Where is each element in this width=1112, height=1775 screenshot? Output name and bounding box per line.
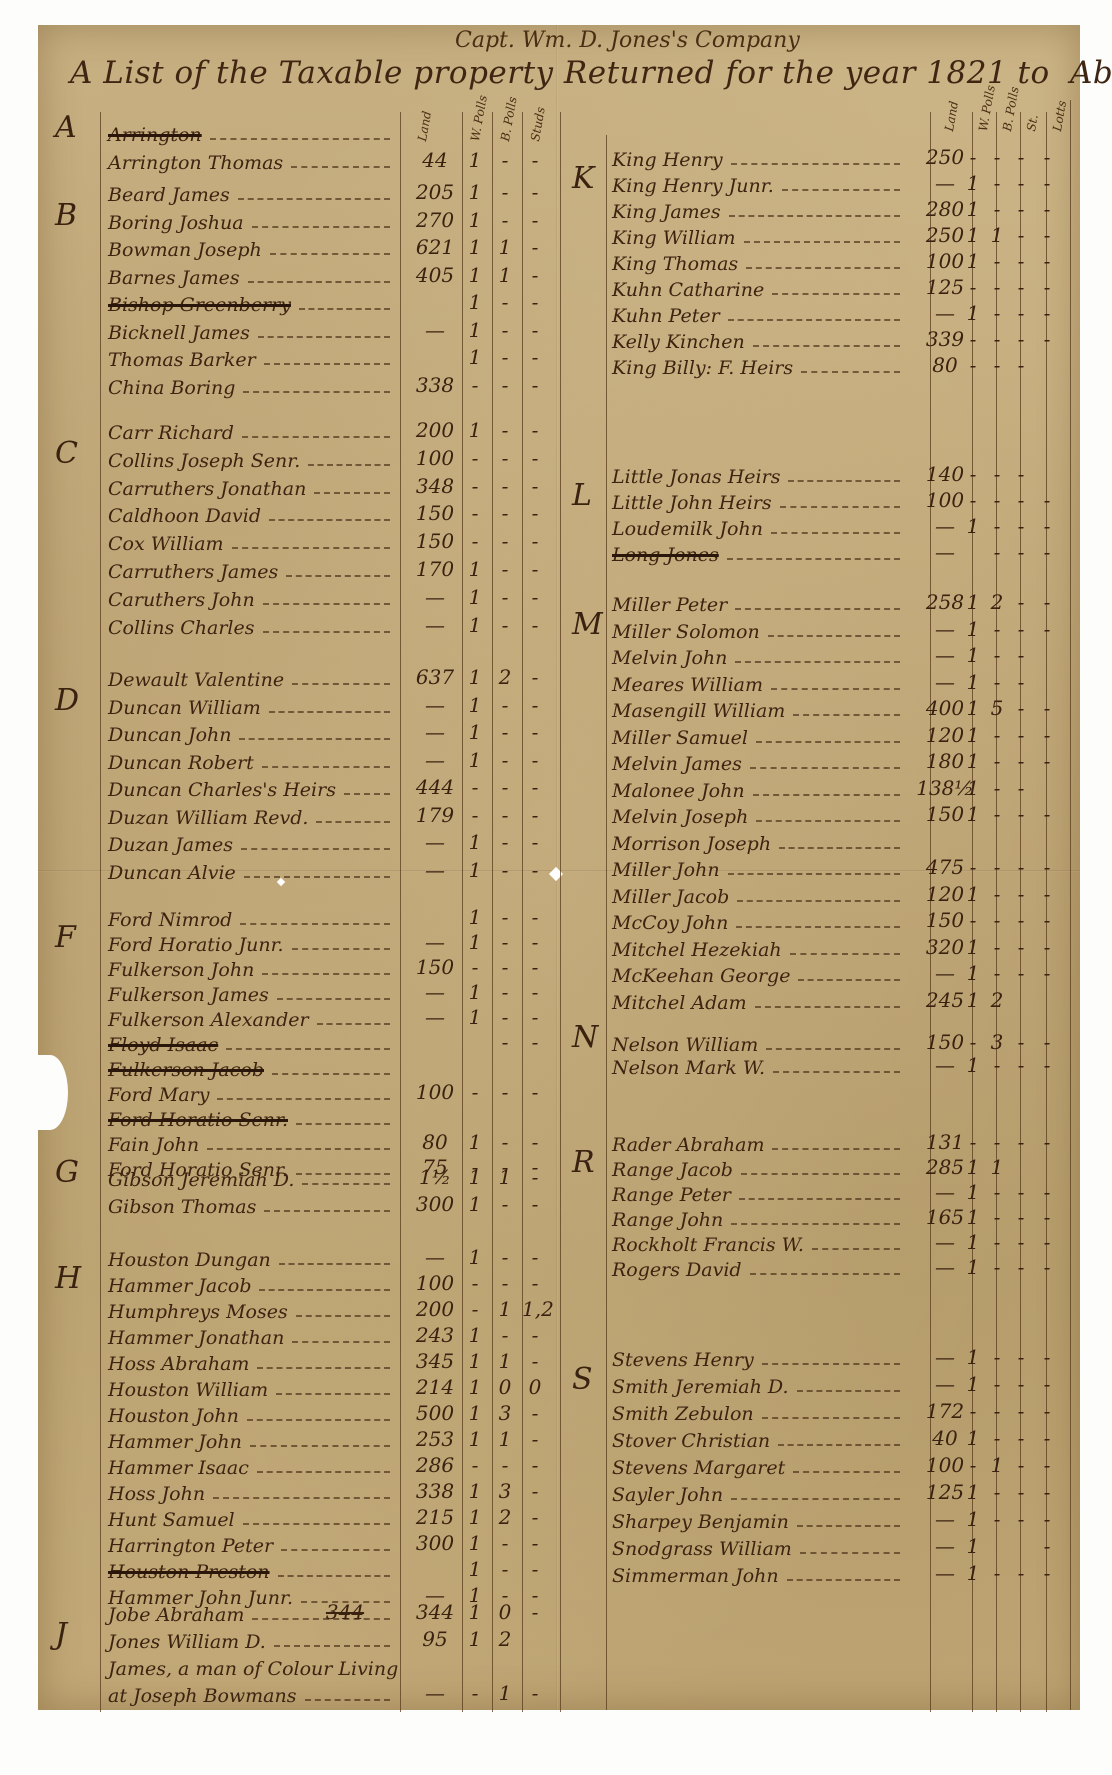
black-polls-value: - bbox=[984, 855, 1010, 879]
studs-value: - bbox=[522, 665, 548, 689]
lotts-value: - bbox=[1034, 1180, 1060, 1204]
leader-dashes bbox=[299, 307, 390, 310]
leader-dashes bbox=[737, 899, 900, 902]
studs-value: - bbox=[1008, 1130, 1034, 1154]
studs-value: - bbox=[522, 501, 548, 525]
black-polls-value: - bbox=[492, 1531, 518, 1555]
section-letter: A bbox=[55, 110, 77, 145]
white-polls-value: 1 bbox=[462, 1627, 488, 1651]
taxpayer-name: Duzan William Revd. bbox=[108, 807, 308, 829]
taxpayer-row: Kelly Kinchen bbox=[612, 327, 906, 353]
taxpayer-row: at Joseph Bowmans bbox=[108, 1681, 396, 1707]
taxpayer-row: Malonee John bbox=[612, 776, 906, 802]
studs-value: - bbox=[522, 1401, 548, 1425]
lotts-value: - bbox=[1034, 1053, 1060, 1077]
white-polls-value: 1 bbox=[462, 858, 488, 882]
taxpayer-row: Hammer John bbox=[108, 1427, 396, 1453]
leader-dashes bbox=[258, 335, 390, 338]
studs-value: - bbox=[1008, 617, 1034, 641]
taxpayer-row: Hunt Samuel bbox=[108, 1505, 396, 1531]
studs-value: - bbox=[1008, 514, 1034, 538]
lotts-value: - bbox=[1034, 696, 1060, 720]
taxpayer-name: Arrington Thomas bbox=[108, 152, 283, 174]
taxpayer-name: King Thomas bbox=[612, 253, 738, 275]
black-polls-value: - bbox=[984, 643, 1010, 667]
white-polls-value: - bbox=[960, 327, 986, 351]
taxpayer-name: Duncan Alvie bbox=[108, 862, 236, 884]
white-polls-value: 1 bbox=[462, 1349, 488, 1373]
taxpayer-name: Harrington Peter bbox=[108, 1535, 273, 1557]
leader-dashes bbox=[232, 546, 390, 549]
taxpayer-name: Bowman Joseph bbox=[108, 239, 262, 261]
black-polls-value: - bbox=[984, 617, 1010, 641]
taxpayer-row: Hammer Jonathan bbox=[108, 1323, 396, 1349]
taxpayer-name: King James bbox=[612, 201, 721, 223]
taxpayer-row: Miller Solomon bbox=[612, 617, 906, 643]
taxpayer-name: Fain John bbox=[108, 1134, 199, 1156]
leader-dashes bbox=[731, 1497, 900, 1500]
leader-dashes bbox=[728, 872, 900, 875]
leader-dashes bbox=[772, 1147, 900, 1150]
white-polls-value: 1 bbox=[960, 171, 986, 195]
studs-value: - bbox=[1008, 197, 1034, 221]
lotts-value: - bbox=[1034, 1561, 1060, 1585]
black-polls-value: 0 bbox=[492, 1375, 518, 1399]
leader-dashes bbox=[270, 252, 390, 255]
white-polls-value: 1 bbox=[462, 1557, 488, 1581]
black-polls-value: - bbox=[984, 1255, 1010, 1279]
land-value: — bbox=[400, 980, 470, 1004]
studs-value: - bbox=[522, 263, 548, 287]
leader-dashes bbox=[272, 1072, 390, 1075]
leader-dashes bbox=[314, 491, 390, 494]
studs-value: - bbox=[522, 1080, 548, 1104]
leader-dashes bbox=[735, 660, 900, 663]
black-polls-value: - bbox=[984, 908, 1010, 932]
taxpayer-row: Houston John bbox=[108, 1401, 396, 1427]
black-polls-value: 3 bbox=[492, 1401, 518, 1425]
white-polls-value: - bbox=[462, 1681, 488, 1705]
taxpayer-row: Snodgrass William bbox=[612, 1534, 906, 1560]
studs-value: - bbox=[522, 1505, 548, 1529]
title-text: A List of the Taxable property Returned … bbox=[70, 55, 1050, 91]
black-polls-value: - bbox=[984, 514, 1010, 538]
land-value: — bbox=[400, 1681, 470, 1705]
taxpayer-row: Meares William bbox=[612, 670, 906, 696]
white-polls-value: - bbox=[462, 955, 488, 979]
leader-dashes bbox=[746, 266, 900, 269]
land-value: — bbox=[400, 613, 470, 637]
studs-value: - bbox=[522, 930, 548, 954]
land-value: 150 bbox=[400, 529, 470, 553]
black-polls-value: - bbox=[984, 488, 1010, 512]
white-polls-value: 1 bbox=[462, 1005, 488, 1029]
leader-dashes bbox=[292, 947, 390, 950]
taxpayer-row: Melvin Joseph bbox=[612, 802, 906, 828]
black-polls-value: - bbox=[984, 1130, 1010, 1154]
black-polls-value: - bbox=[984, 802, 1010, 826]
taxpayer-row: Boring Joshua bbox=[108, 208, 396, 234]
taxpayer-name: Bishop Greenberry bbox=[108, 294, 291, 316]
land-value: 286 bbox=[400, 1453, 470, 1477]
taxpayer-row: Sayler John bbox=[612, 1480, 906, 1506]
black-polls-value: 1 bbox=[492, 1349, 518, 1373]
taxpayer-name: Miller Jacob bbox=[612, 886, 729, 908]
studs-value: - bbox=[1008, 1480, 1034, 1504]
taxpayer-name: Thomas Barker bbox=[108, 349, 256, 371]
leader-dashes bbox=[238, 197, 390, 200]
studs-value: - bbox=[1008, 670, 1034, 694]
taxpayer-row: Miller Jacob bbox=[612, 882, 906, 908]
black-polls-value: - bbox=[984, 462, 1010, 486]
lotts-value: - bbox=[1034, 301, 1060, 325]
studs-value: - bbox=[1008, 802, 1034, 826]
taxpayer-name: Collins Charles bbox=[108, 617, 255, 639]
taxpayer-name: Mitchel Hezekiah bbox=[612, 939, 782, 961]
black-polls-value: - bbox=[984, 1345, 1010, 1369]
land-value: 170 bbox=[400, 557, 470, 581]
taxpayer-row: Duncan Robert bbox=[108, 748, 396, 774]
taxpayer-name: Fulkerson Alexander bbox=[108, 1009, 309, 1031]
leader-dashes bbox=[296, 1122, 390, 1125]
black-polls-value: - bbox=[492, 1192, 518, 1216]
taxpayer-row: King Thomas bbox=[612, 249, 906, 275]
taxpayer-name: Miller Peter bbox=[612, 594, 727, 616]
land-value: 44 bbox=[400, 148, 470, 172]
black-polls-value: - bbox=[492, 585, 518, 609]
taxpayer-row: Miller John bbox=[612, 855, 906, 881]
studs-value: - bbox=[522, 858, 548, 882]
studs-value: 0 bbox=[522, 1375, 548, 1399]
leader-dashes bbox=[753, 793, 900, 796]
taxpayer-name: Range John bbox=[612, 1209, 723, 1231]
black-polls-value: 0 bbox=[492, 1600, 518, 1624]
taxpayer-row: Range John bbox=[612, 1205, 906, 1231]
land-value: 300 bbox=[400, 1192, 470, 1216]
leader-dashes bbox=[735, 607, 900, 610]
black-polls-value: - bbox=[984, 1426, 1010, 1450]
land-value: — bbox=[910, 540, 980, 564]
black-polls-value: - bbox=[984, 749, 1010, 773]
black-polls-value: - bbox=[492, 955, 518, 979]
black-polls-value: - bbox=[984, 327, 1010, 351]
studs-value: - bbox=[522, 1130, 548, 1154]
taxpayer-row: Ford Horatio Senr. bbox=[108, 1105, 396, 1131]
white-polls-value: 1 bbox=[960, 1507, 986, 1531]
white-polls-value: 1 bbox=[960, 696, 986, 720]
studs-value: - bbox=[522, 980, 548, 1004]
taxpayer-row: Smith Jeremiah D. bbox=[612, 1372, 906, 1398]
taxpayer-name: King Billy: F. Heirs bbox=[612, 357, 793, 379]
taxpayer-name: Ford Horatio Senr. bbox=[108, 1109, 288, 1131]
taxpayer-name: Jones William D. bbox=[108, 1631, 266, 1653]
leader-dashes bbox=[797, 1389, 900, 1392]
black-polls-value: - bbox=[984, 1372, 1010, 1396]
taxpayer-name: Kelly Kinchen bbox=[612, 331, 745, 353]
leader-dashes bbox=[768, 634, 900, 637]
leader-dashes bbox=[729, 214, 900, 217]
taxpayer-row: Hammer Isaac bbox=[108, 1453, 396, 1479]
leader-dashes bbox=[292, 1340, 390, 1343]
studs-value: - bbox=[1008, 1205, 1034, 1229]
taxpayer-name: Kuhn Catharine bbox=[612, 279, 764, 301]
land-value: — bbox=[400, 930, 470, 954]
taxpayer-row: Bowman Joseph bbox=[108, 235, 396, 261]
black-polls-value: 1 bbox=[492, 235, 518, 259]
black-polls-value: - bbox=[984, 171, 1010, 195]
studs-value: - bbox=[1008, 540, 1034, 564]
taxpayer-name: Hunt Samuel bbox=[108, 1509, 235, 1531]
white-polls-value: - bbox=[960, 488, 986, 512]
land-value: 100 bbox=[400, 1080, 470, 1104]
black-polls-value: 1 bbox=[492, 1427, 518, 1451]
white-polls-value: 1 bbox=[462, 345, 488, 369]
taxpayer-name: Rader Abraham bbox=[612, 1134, 764, 1156]
leader-dashes bbox=[305, 1698, 391, 1701]
taxpayer-row: King William bbox=[612, 223, 906, 249]
studs-value: - bbox=[522, 905, 548, 929]
section-letter: N bbox=[572, 1020, 598, 1055]
taxpayer-name: Boring Joshua bbox=[108, 212, 244, 234]
taxpayer-name: Ford Mary bbox=[108, 1084, 209, 1106]
studs-value: - bbox=[522, 1600, 548, 1624]
black-polls-value: - bbox=[984, 275, 1010, 299]
studs-value: - bbox=[1008, 1345, 1034, 1369]
leader-dashes bbox=[308, 463, 390, 466]
studs-value: - bbox=[522, 529, 548, 553]
leader-dashes bbox=[277, 997, 390, 1000]
land-value: 200 bbox=[400, 1297, 470, 1321]
leader-dashes bbox=[741, 1172, 900, 1175]
studs-value: - bbox=[1008, 1255, 1034, 1279]
leader-dashes bbox=[736, 925, 900, 928]
studs-value: - bbox=[522, 1030, 548, 1054]
leader-dashes bbox=[210, 137, 390, 140]
black-polls-value: - bbox=[984, 723, 1010, 747]
leader-dashes bbox=[264, 1209, 390, 1212]
studs-value: - bbox=[1008, 1030, 1034, 1054]
lotts-value: - bbox=[1034, 1130, 1060, 1154]
leader-dashes bbox=[316, 820, 390, 823]
leader-dashes bbox=[793, 713, 900, 716]
taxpayer-name: Simmerman John bbox=[612, 1565, 779, 1587]
taxpayer-row: Melvin James bbox=[612, 749, 906, 775]
taxpayer-name: Beard James bbox=[108, 184, 230, 206]
taxpayer-row: Hammer Jacob bbox=[108, 1271, 396, 1297]
leader-dashes bbox=[771, 531, 900, 534]
black-polls-value: - bbox=[984, 1053, 1010, 1077]
taxpayer-row: Collins Joseph Senr. bbox=[108, 446, 396, 472]
studs-value: - bbox=[1008, 1180, 1034, 1204]
taxpayer-row: Rockholt Francis W. bbox=[612, 1230, 906, 1256]
leader-dashes bbox=[727, 557, 900, 560]
black-polls-value: 2 bbox=[492, 1505, 518, 1529]
white-polls-value: 1 bbox=[960, 301, 986, 325]
section-letter: C bbox=[55, 436, 78, 471]
leader-dashes bbox=[262, 765, 390, 768]
section-letter: F bbox=[55, 920, 76, 955]
lotts-value: - bbox=[1034, 935, 1060, 959]
white-polls-value: - bbox=[462, 1297, 488, 1321]
taxpayer-row: Bicknell James bbox=[108, 318, 396, 344]
land-value: — bbox=[400, 720, 470, 744]
leader-dashes bbox=[213, 1496, 390, 1499]
leader-dashes bbox=[762, 1362, 900, 1365]
taxpayer-row: Smith Zebulon bbox=[612, 1399, 906, 1425]
taxpayer-row: Nelson Mark W. bbox=[612, 1053, 906, 1079]
white-polls-value: 1 bbox=[960, 1426, 986, 1450]
black-polls-value: - bbox=[984, 776, 1010, 800]
taxpayer-row: Morrison Joseph bbox=[612, 829, 906, 855]
white-polls-value: - bbox=[462, 474, 488, 498]
taxpayer-row: King Henry Junr. bbox=[612, 171, 906, 197]
leader-dashes bbox=[812, 1247, 900, 1250]
taxpayer-row: Fulkerson Jacob bbox=[108, 1055, 396, 1081]
taxpayer-row: Jones William D. bbox=[108, 1627, 396, 1653]
studs-value: - bbox=[522, 720, 548, 744]
taxpayer-name: Hammer Jacob bbox=[108, 1275, 251, 1297]
land-value: 621 bbox=[400, 235, 470, 259]
black-polls-value: - bbox=[492, 290, 518, 314]
white-polls-value: 1 bbox=[960, 1205, 986, 1229]
white-polls-value: 1 bbox=[960, 1255, 986, 1279]
taxpayer-row: Duzan James bbox=[108, 830, 396, 856]
taxpayer-row: Fulkerson Alexander bbox=[108, 1005, 396, 1031]
taxpayer-row: Rogers David bbox=[612, 1255, 906, 1281]
leader-dashes bbox=[296, 1314, 390, 1317]
taxpayer-row: Arrington bbox=[108, 120, 396, 146]
taxpayer-row: King James bbox=[612, 197, 906, 223]
black-polls-value: - bbox=[492, 208, 518, 232]
taxpayer-name: Ford Nimrod bbox=[108, 909, 232, 931]
black-polls-value: - bbox=[492, 803, 518, 827]
taxpayer-row: Fain John bbox=[108, 1130, 396, 1156]
land-value: — bbox=[400, 585, 470, 609]
black-polls-value: - bbox=[492, 557, 518, 581]
leader-dashes bbox=[243, 1522, 390, 1525]
studs-value: - bbox=[1008, 353, 1034, 377]
taxpayer-row: Ford Mary bbox=[108, 1080, 396, 1106]
taxpayer-row: Long Jones bbox=[612, 540, 906, 566]
taxpayer-name: Houston William bbox=[108, 1379, 268, 1401]
lotts-value: - bbox=[1034, 908, 1060, 932]
white-polls-value: - bbox=[960, 145, 986, 169]
black-polls-value: 1 bbox=[492, 1681, 518, 1705]
black-polls-value: 1 bbox=[984, 223, 1010, 247]
taxpayer-row: Carruthers James bbox=[108, 557, 396, 583]
black-polls-value: - bbox=[492, 446, 518, 470]
leader-dashes bbox=[797, 1524, 900, 1527]
white-polls-value: - bbox=[960, 353, 986, 377]
white-polls-value: 1 bbox=[960, 1372, 986, 1396]
leader-dashes bbox=[772, 292, 900, 295]
lotts-value: - bbox=[1034, 1399, 1060, 1423]
white-polls-value: 1 bbox=[960, 670, 986, 694]
taxpayer-name: Fulkerson James bbox=[108, 984, 269, 1006]
black-polls-value: - bbox=[984, 961, 1010, 985]
white-polls-value: - bbox=[960, 855, 986, 879]
studs-value: - bbox=[1008, 1561, 1034, 1585]
land-value: 150 bbox=[400, 501, 470, 525]
taxpayer-name: Malonee John bbox=[612, 780, 745, 802]
taxpayer-row: Houston Dungan bbox=[108, 1245, 396, 1271]
taxpayer-name: King Henry Junr. bbox=[612, 175, 774, 197]
taxpayer-row: Fulkerson James bbox=[108, 980, 396, 1006]
land-value: 270 bbox=[400, 208, 470, 232]
lotts-value: - bbox=[1034, 1480, 1060, 1504]
lotts-value: - bbox=[1034, 327, 1060, 351]
studs-value: - bbox=[522, 1271, 548, 1295]
black-polls-value: - bbox=[492, 930, 518, 954]
studs-value: - bbox=[522, 418, 548, 442]
leader-dashes bbox=[800, 1551, 900, 1554]
company-heading: Capt. Wm. D. Jones's Company bbox=[455, 28, 800, 53]
black-polls-value: - bbox=[492, 1453, 518, 1477]
taxpayer-row: Bishop Greenberry bbox=[108, 290, 396, 316]
taxpayer-name: Collins Joseph Senr. bbox=[108, 450, 300, 472]
white-polls-value: 1 bbox=[960, 223, 986, 247]
land-value: — bbox=[400, 748, 470, 772]
black-polls-value: - bbox=[492, 1271, 518, 1295]
black-polls-value: - bbox=[984, 540, 1010, 564]
leader-dashes bbox=[731, 162, 900, 165]
studs-value: - bbox=[1008, 882, 1034, 906]
white-polls-value: 1 bbox=[960, 1561, 986, 1585]
studs-value: - bbox=[522, 1453, 548, 1477]
taxpayer-name: Smith Jeremiah D. bbox=[612, 1376, 789, 1398]
taxpayer-name: Fulkerson John bbox=[108, 959, 254, 981]
lotts-value: - bbox=[1034, 1230, 1060, 1254]
studs-value: - bbox=[522, 148, 548, 172]
studs-value: - bbox=[522, 290, 548, 314]
white-polls-value: 1 bbox=[960, 882, 986, 906]
taxpayer-name: Morrison Joseph bbox=[612, 833, 771, 855]
black-polls-value: - bbox=[492, 1030, 518, 1054]
studs-value: - bbox=[522, 803, 548, 827]
white-polls-value: 1 bbox=[462, 1505, 488, 1529]
taxpayer-row: Melvin John bbox=[612, 643, 906, 669]
taxpayer-row: Houston William bbox=[108, 1375, 396, 1401]
taxpayer-row: Mitchel Hezekiah bbox=[612, 935, 906, 961]
taxpayer-row: Little John Heirs bbox=[612, 488, 906, 514]
lotts-value: - bbox=[1034, 1426, 1060, 1450]
taxpayer-row: Masengill William bbox=[612, 696, 906, 722]
studs-value: - bbox=[522, 1165, 548, 1189]
studs-value: - bbox=[522, 830, 548, 854]
white-polls-value: 1 bbox=[462, 235, 488, 259]
black-polls-value: - bbox=[492, 905, 518, 929]
white-polls-value: 1 bbox=[462, 720, 488, 744]
black-polls-value: - bbox=[492, 1245, 518, 1269]
taxpayer-row: Mitchel Adam bbox=[612, 988, 906, 1014]
taxpayer-name: Dewault Valentine bbox=[108, 669, 284, 691]
black-polls-value: 2 bbox=[492, 665, 518, 689]
taxpayer-name: McCoy John bbox=[612, 912, 728, 934]
lotts-value: - bbox=[1034, 749, 1060, 773]
studs-value: - bbox=[1008, 171, 1034, 195]
studs-value: - bbox=[1008, 723, 1034, 747]
black-polls-value: - bbox=[492, 1080, 518, 1104]
leader-dashes bbox=[756, 740, 900, 743]
black-polls-value: - bbox=[984, 301, 1010, 325]
studs-value: - bbox=[1008, 1053, 1034, 1077]
leader-dashes bbox=[778, 1443, 900, 1446]
lotts-value: - bbox=[1034, 1205, 1060, 1229]
lotts-value: - bbox=[1034, 1372, 1060, 1396]
leader-dashes bbox=[279, 1262, 390, 1265]
studs-value: - bbox=[522, 613, 548, 637]
white-polls-value: - bbox=[960, 1030, 986, 1054]
